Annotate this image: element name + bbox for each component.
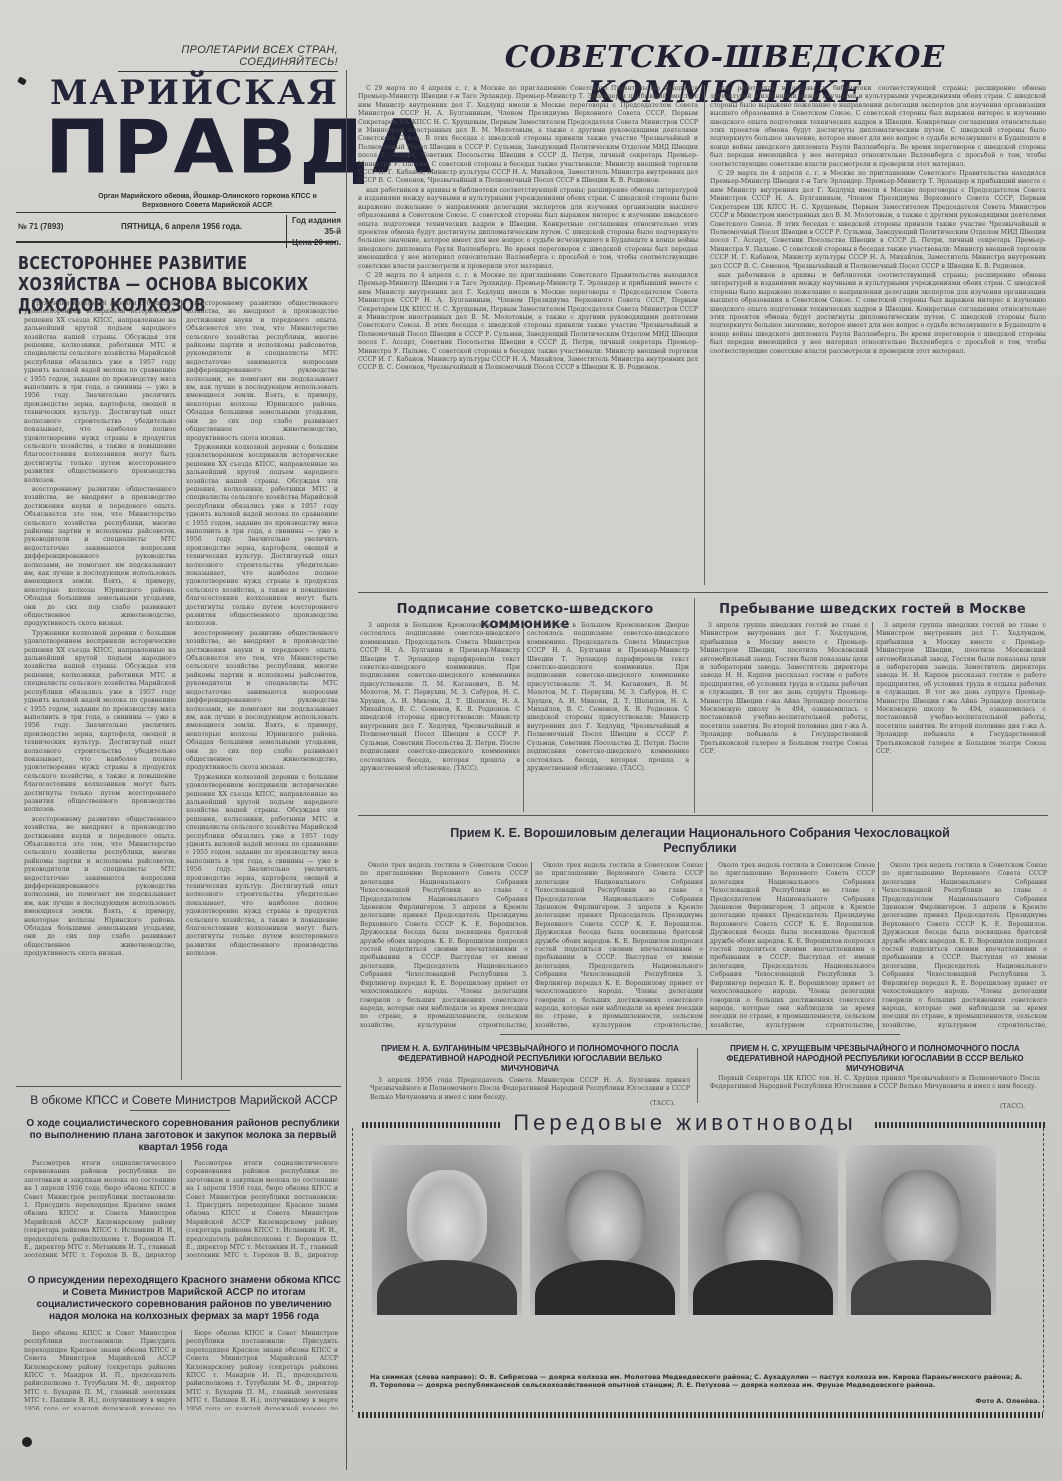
obkom-body1-col2: Рассмотрев итоги социалистического сорев… <box>186 1160 338 1260</box>
masthead-organ: Орган Марийского обкома, Йошкар-Олинског… <box>80 192 335 210</box>
slogan: ПРОЛЕТАРИИ ВСЕХ СТРАН, СОЕДИНЯЙТЕСЬ! <box>118 44 338 72</box>
bulganin-reception-body: 3 апреля 1956 года Председатель Совета М… <box>370 1077 690 1107</box>
bulganin-reception-source: (ТАСС). <box>650 1100 690 1108</box>
voroshilov-col2: Около трех недель гостила в Советском Со… <box>535 862 703 1030</box>
issue-date: ПЯТНИЦА, 6 апреля 1956 года. <box>121 222 242 231</box>
masthead-title-line2: ПРАВДА <box>45 110 335 186</box>
signing-col1: 3 апреля в Большом Кремлевском Дворце со… <box>360 622 520 812</box>
photo-credit: Фото А. Оленёва. <box>940 1397 1040 1405</box>
voroshilov-col1: Около трех недель гостила в Советском Со… <box>360 862 528 1030</box>
voroshilov-col3: Около трех недель гостила в Советском Со… <box>710 862 875 1030</box>
signing-col2: 3 апреля в Большом Кремлевском Дворце со… <box>527 622 689 812</box>
bulganin-reception-headline: ПРИЕМ Н. А. БУЛГАНИНЫМ ЧРЕЗВЫЧАЙНОГО И П… <box>370 1044 690 1074</box>
issue-bar: № 71 (7893) ПЯТНИЦА, 6 апреля 1956 года.… <box>16 212 336 243</box>
voroshilov-headline: Прием К. Е. Ворошиловым делегации Национ… <box>420 826 980 856</box>
lead-article-col2: всестороннему развитию общественного хоз… <box>186 300 338 1080</box>
khrushchev-reception-headline: ПРИЕМ Н. С. ХРУЩЕВЫМ ЧРЕЗВЫЧАЙНОГО И ПОЛ… <box>710 1044 1040 1074</box>
year-of-publication: Год издания 35-й <box>291 215 341 237</box>
photo-portrait-1 <box>372 1145 522 1315</box>
price: Цена 20 коп. <box>291 237 341 248</box>
communique-col1: С 29 марта по 4 апреля с. г. в Москве по… <box>358 85 698 585</box>
photo-portrait-4 <box>846 1145 996 1315</box>
obkom-headline-1: О ходе социалистического соревнования ра… <box>22 1118 344 1154</box>
guests-col2: 3 апреля группа шведских гостей во главе… <box>876 622 1046 812</box>
obkom-body2-col2: Бюро обкома КПСС и Совет Министров респу… <box>186 1330 338 1410</box>
photo-portrait-2 <box>530 1145 680 1315</box>
newspaper-page: ПРОЛЕТАРИИ ВСЕХ СТРАН, СОЕДИНЯЙТЕСЬ! МАР… <box>0 0 1062 1481</box>
khrushchev-reception-source: (ТАСС). <box>1000 1103 1040 1111</box>
communique-col2: ных работников в архивы и библиотеки соо… <box>710 85 1046 585</box>
photo-caption: На снимках (слева направо): О. В. Сибряс… <box>370 1373 1030 1389</box>
punch-mark <box>22 1437 32 1447</box>
guests-headline: Пребывание шведских гостей в Москве <box>700 602 1045 617</box>
khrushchev-reception-body: Первый Секретарь ЦК КПСС тов. Н. С. Хрущ… <box>710 1075 1040 1105</box>
wavy-rule <box>358 1412 1043 1418</box>
punch-mark <box>17 76 27 85</box>
obkom-body1-col1: Рассмотрев итоги социалистического сорев… <box>24 1160 176 1260</box>
obkom-section-label: В обкоме КПСС и Совете Министров Марийск… <box>24 1093 344 1107</box>
obkom-body2-col1: Бюро обкома КПСС и Совет Министров респу… <box>24 1330 176 1410</box>
obkom-headline-2: О присуждении переходящего Красного знам… <box>24 1275 344 1323</box>
issue-number: № 71 (7893) <box>18 222 63 231</box>
voroshilov-col4: Около трех недель гостила в Советском Со… <box>882 862 1047 1030</box>
photo-portrait-3 <box>688 1145 838 1315</box>
guests-col1: 3 апреля группа шведских гостей во главе… <box>700 622 868 812</box>
lead-article-col1: Труженики колхозной деревни с большим уд… <box>24 300 176 1080</box>
